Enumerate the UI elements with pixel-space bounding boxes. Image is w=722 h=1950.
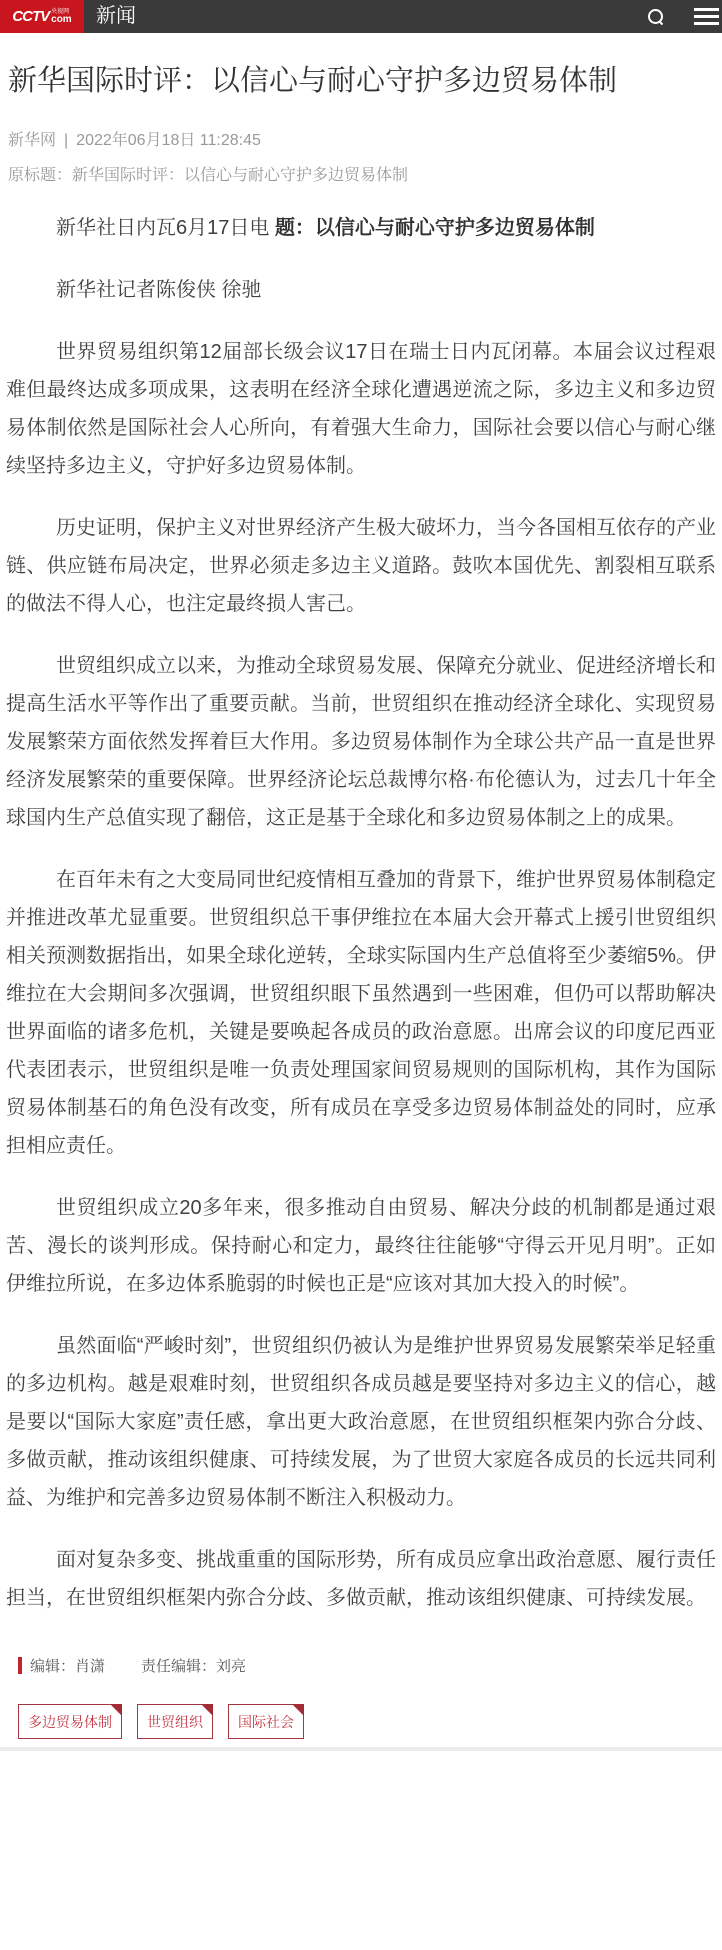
body-paragraph: 世贸组织成立以来，为推动全球贸易发展、保障充分就业、促进经济增长和提高生活水平等… [6, 647, 716, 837]
chief-editor-label: 责任编辑： [141, 1658, 216, 1675]
topic-tag[interactable]: 国际社会 [228, 1704, 304, 1739]
original-title-label: 原标题： [8, 167, 72, 184]
body-paragraph: 虽然面临“严峻时刻”，世贸组织仍被认为是维护世界贸易发展繁荣举足轻重的多边机构。… [6, 1327, 716, 1517]
topic-tag[interactable]: 多边贸易体制 [18, 1704, 122, 1739]
editor-name: 肖潇 [75, 1658, 105, 1675]
source-name[interactable]: 新华网 [8, 132, 56, 149]
red-accent-bar [18, 1657, 22, 1674]
topic-tag[interactable]: 世贸组织 [137, 1704, 213, 1739]
bottom-divider [0, 1747, 722, 1751]
article-page: 新华国际时评：以信心与耐心守护多边贸易体制 新华网|2022年06月18日 11… [0, 63, 722, 1739]
article-body: 新华社日内瓦6月17日电 题：以信心与耐心守护多边贸易体制 新华社记者陈俊侠 徐… [6, 209, 716, 1617]
body-paragraph: 世贸组织成立20多年来，很多推动自由贸易、解决分歧的机制都是通过艰苦、漫长的谈判… [6, 1189, 716, 1303]
body-paragraph: 在百年未有之大变局同世纪疫情相互叠加的背景下，维护世界贸易体制稳定并推进改革尤显… [6, 861, 716, 1165]
body-paragraph: 世界贸易组织第12届部长级会议17日在瑞士日内瓦闭幕。本届会议过程艰难但最终达成… [6, 333, 716, 485]
article-title: 新华国际时评：以信心与耐心守护多边贸易体制 [6, 63, 716, 101]
tag-list: 多边贸易体制世贸组织国际社会 [18, 1704, 716, 1739]
original-title-line: 原标题：新华国际时评：以信心与耐心守护多边贸易体制 [6, 162, 716, 185]
body-paragraph: 历史证明，保护主义对世界经济产生极大破坏力，当今各国相互依存的产业链、供应链布局… [6, 509, 716, 623]
body-paragraph: 面对复杂多变、挑战重重的国际形势，所有成员应拿出政治意愿、履行责任担当，在世贸组… [6, 1541, 716, 1617]
editor-credit-line: 编辑：肖潇 责任编辑：刘亮 [18, 1655, 716, 1676]
lead-title-bold: 题：以信心与耐心守护多边贸易体制 [275, 217, 595, 239]
search-icon[interactable] [648, 9, 664, 25]
publish-datetime: 2022年06月18日 11:28:45 [76, 132, 261, 149]
top-navigation-bar: CCTV 央视网 com 新闻 [0, 0, 722, 33]
dateline-paragraph: 新华社日内瓦6月17日电 题：以信心与耐心守护多边贸易体制 [6, 209, 716, 247]
dateline-text: 新华社日内瓦6月17日电 [56, 217, 275, 239]
meta-separator: | [64, 132, 68, 149]
cctv-logo-text: CCTV [12, 9, 49, 24]
byline-paragraph: 新华社记者陈俊侠 徐驰 [6, 271, 716, 309]
cctv-logo-com: com [51, 15, 72, 25]
editor-label: 编辑： [30, 1658, 75, 1675]
cctv-logo[interactable]: CCTV 央视网 com [0, 0, 84, 33]
original-title-text: 新华国际时评：以信心与耐心守护多边贸易体制 [72, 167, 408, 184]
chief-editor-name: 刘亮 [216, 1658, 246, 1675]
paragraph-list: 世界贸易组织第12届部长级会议17日在瑞士日内瓦闭幕。本届会议过程艰难但最终达成… [6, 333, 716, 1617]
topbar-actions [648, 0, 722, 33]
hamburger-menu-icon[interactable] [694, 8, 719, 25]
article-meta-line: 新华网|2022年06月18日 11:28:45 [6, 127, 716, 150]
channel-title-news[interactable]: 新闻 [96, 0, 136, 33]
